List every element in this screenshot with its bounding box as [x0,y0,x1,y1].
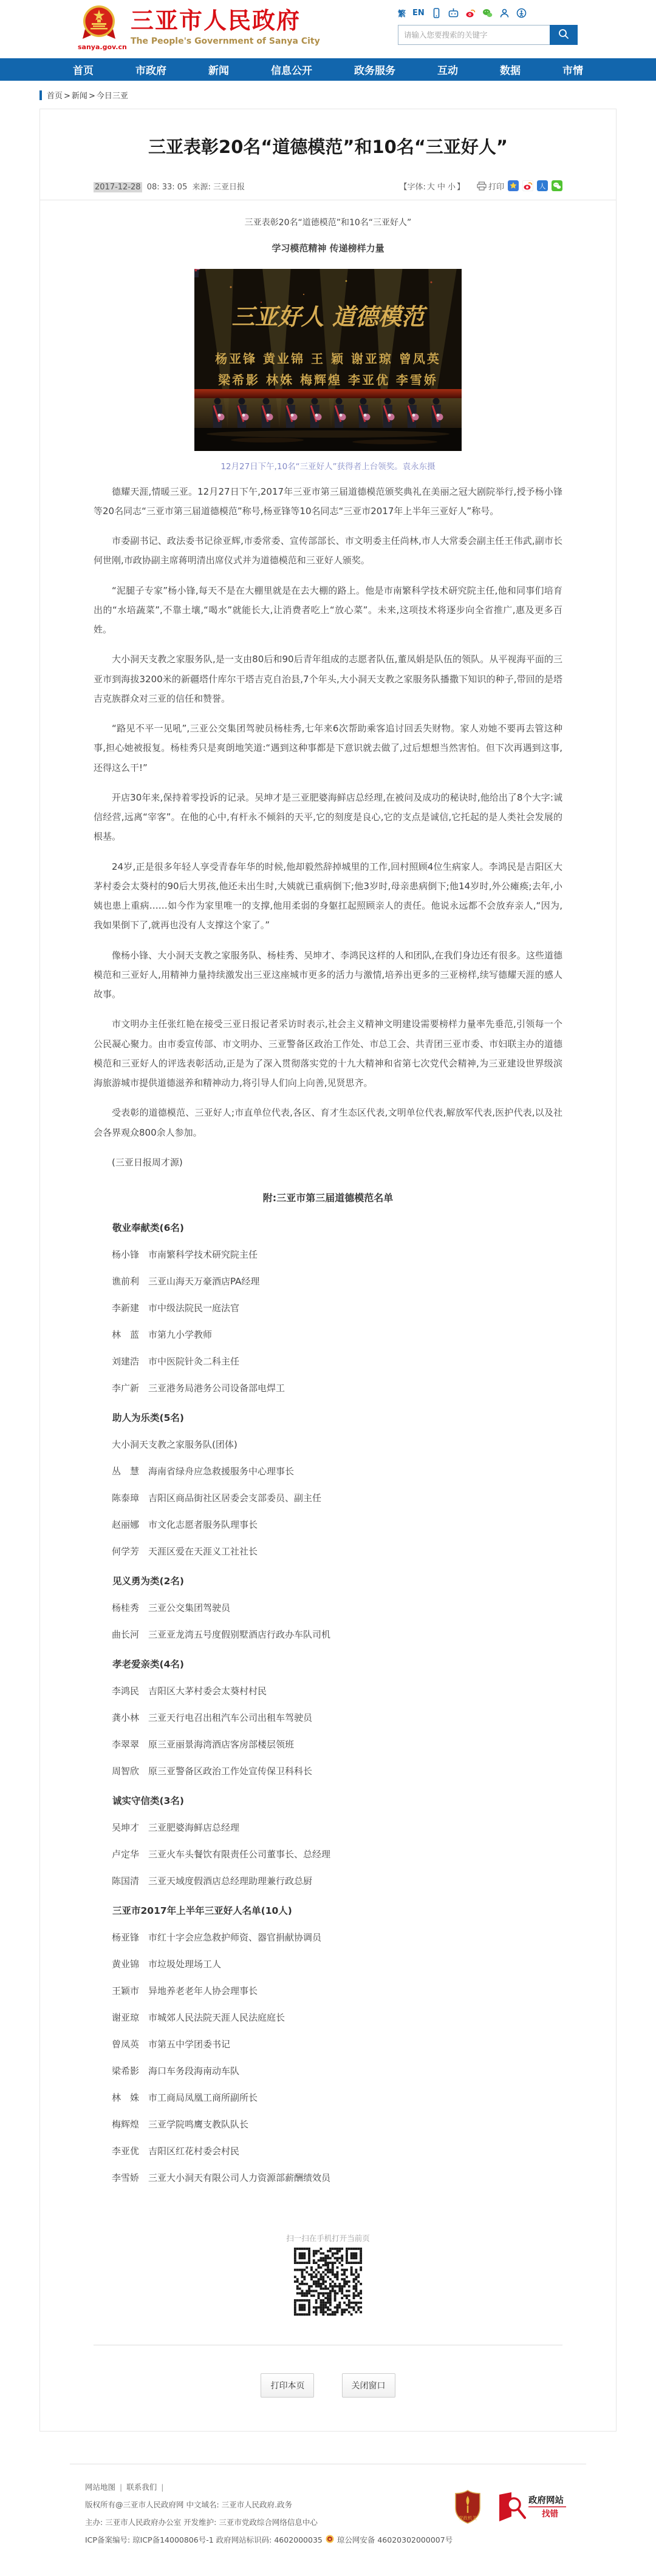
main-nav: 首页市政府新闻信息公开政务服务互动数据市情 [0,58,656,81]
award-entry: 王颖市 异地养老老年人协会理事长 [94,1984,562,1997]
article-paragraph: 大小洞天支教之家服务队,是一支由80后和90后青年组成的志愿者队伍,董凤娟是队伍… [94,649,562,708]
nav-item[interactable]: 市情 [562,62,583,77]
award-entry: 黄业锦 市垃圾处理场工人 [94,1957,562,1970]
svg-text:政府网站: 政府网站 [528,2495,564,2506]
lang-traditional-link[interactable]: 繁 [398,7,406,19]
print-page-button[interactable]: 打印本页 [261,2373,314,2398]
award-entry: 李雪娇 三亚大小洞天有限公司人力资源部薪酬绩效员 [94,2171,562,2184]
font-size-option[interactable]: 小 [448,183,456,192]
qr-code [293,2246,363,2317]
divider [94,2345,562,2345]
award-entry: 梅辉煌 三亚学院鸣鹰支教队队长 [94,2118,562,2130]
article-paragraph: 德耀天涯,情暖三亚。12月27日下午,2017年三亚市第三届道德模范颁奖典礼在美… [94,482,562,521]
qr-block: 扫一扫在手机打开当前页 [94,2232,562,2319]
user-icon[interactable] [499,8,510,18]
svg-text:人: 人 [539,183,546,191]
article-paragraph: 市文明办主任张红艳在接受三亚日报记者采访时表示,社会主义精神文明建设需要榜样力量… [94,1014,562,1093]
nav-item[interactable]: 信息公开 [271,62,312,77]
gov-site-find-error-badge[interactable]: 政府网站 找错 [497,2490,571,2526]
footer-organizer: 主办: 三亚市人民政府办公室 开发维护: 三亚市党政综合网络信息中心 [85,2517,453,2527]
breadcrumb-marker [39,90,42,100]
header-quick-links: 繁 EN [398,6,580,19]
footer-icp: ICP备案编号: 琼ICP备14000806号-1 政府网站标识码: 46020… [85,2534,323,2545]
award-section: 见义勇为类(2名) 杨桂秀 三亚公交集团驾驶员曲长河 三亚亚龙湾五号度假别墅酒店… [94,1574,562,1641]
award-entry: 卢定华 三亚火车头餐饮有限责任公司董事长、总经理 [94,1848,562,1860]
article-title: 三亚表彰20名“道德模范”和10名“三亚好人” [40,109,616,180]
award-category-heading: 三亚市2017年上半年三亚好人名单(10人) [94,1903,562,1917]
print-link[interactable]: 打印 [477,180,504,192]
qa-robot-icon[interactable] [448,8,459,18]
award-entry: 大小洞天支教之家服务队(团体) [94,1438,562,1451]
police-badge-icon [326,2535,334,2545]
font-size-option[interactable]: 大 [427,183,435,192]
search-bar [398,25,580,45]
nav-item[interactable]: 互动 [437,62,458,77]
site-domain: sanya.gov.cn [78,43,120,51]
publish-date: 2017-12-28 [94,182,142,192]
award-entry: 赵丽娜 市文化志愿者服务队理事长 [94,1518,562,1531]
footer-copyright: 版权所有@三亚市人民政府网 中文域名: 三亚市人民政府.政务 [85,2499,453,2510]
award-category-heading: 孝老爱亲类(4名) [94,1657,562,1670]
printer-icon [477,181,487,191]
search-button[interactable] [550,25,578,45]
award-entry: 李翠翠 原三亚丽景海湾酒店客房部楼层领班 [94,1738,562,1751]
police-record-link[interactable]: 琼公网安备 46020302000007号 [337,2534,453,2545]
award-entry: 曾凤英 市第五中学团委书记 [94,2038,562,2050]
footer-link[interactable]: 联系我们 [126,2483,168,2492]
bottom-buttons: 打印本页 关闭窗口 [94,2373,562,2398]
site-footer: 网站地图联系我们 版权所有@三亚市人民政府网 中文域名: 三亚市人民政府.政务 … [0,2464,656,2576]
close-window-button[interactable]: 关闭窗口 [342,2373,395,2398]
site-title-block: 三亚市人民政府 The People's Government of Sanya… [131,8,320,46]
article-paragraph: 市委副书记、政法委书记徐亚辉,市委常委、宣传部部长、市文明委主任尚林,市人大常委… [94,531,562,571]
font-label: 【字体: [400,183,426,192]
photo-banner-title: 三亚好人 道德模范 [231,303,428,330]
svg-text:找错: 找错 [542,2509,559,2519]
nav-item[interactable]: 首页 [73,62,94,77]
weibo-share-icon[interactable] [522,180,533,191]
nav-item[interactable]: 市政府 [135,62,166,77]
nav-item[interactable]: 新闻 [208,62,229,77]
article-paragraph: 24岁,正是很多年轻人享受青春年华的时候,他却毅然辞掉城里的工作,回村照顾4位生… [94,857,562,935]
article-paragraph: “泥腿子专家”杨小锋,每天不是在大棚里就是在去大棚的路上。他是市南繁科学技术研究… [94,581,562,640]
mobile-icon[interactable] [431,8,442,18]
award-entry: 梁希影 海口车务段海南动车队 [94,2064,562,2077]
site-subtitle: The People's Government of Sanya City [131,36,320,46]
award-entry: 杨桂秀 三亚公交集团驾驶员 [94,1601,562,1614]
award-category-heading: 见义勇为类(2名) [94,1574,562,1587]
weibo-icon[interactable] [465,8,476,18]
award-entry: 龚小林 三亚天行电召出租汽车公司出租车驾驶员 [94,1711,562,1724]
award-category-heading: 诚实守信类(3名) [94,1794,562,1807]
award-section: 三亚市2017年上半年三亚好人名单(10人) 杨亚锋 市红十字会应急救护师资、器… [94,1903,562,2184]
breadcrumb-link[interactable]: 首页 [47,92,63,101]
wechat-share-icon[interactable] [552,180,562,191]
award-entry: 陈泰璋 吉阳区商品街社区居委会支部委员、副主任 [94,1491,562,1504]
award-entry: 谢亚琼 市城郊人民法院天涯人民法庭庭长 [94,2011,562,2024]
wechat-icon[interactable] [482,8,493,18]
article-paragraph: 像杨小锋、大小洞天支教之家服务队、杨桂秀、吴坤才、李鸿民这样的人和团队,在我们身… [94,946,562,1005]
print-label: 打印 [488,180,504,192]
party-gov-shield-badge: 党政机关 [454,2490,481,2526]
award-entry: 李新建 市中级法院民一庭法官 [94,1301,562,1314]
award-entry: 曲长河 三亚亚龙湾五号度假别墅酒店行政办车队司机 [94,1628,562,1641]
font-size-control: 【字体:大中小】 [400,180,465,192]
award-entry: 谯前利 三亚山海天万豪酒店PA经理 [94,1275,562,1287]
award-section: 孝老爱亲类(4名) 李鸿民 吉阳区大茅村委会太葵村村民龚小林 三亚天行电召出租汽… [94,1657,562,1777]
accessibility-icon[interactable] [516,8,527,18]
article-photo: 三亚好人 道德模范 杨亚锋 黄业锦 王 颖 谢亚琼 曾凤英 梁希影 林姝 梅辉煌… [94,269,562,451]
award-entry: 林 蓝 市第九小学教师 [94,1328,562,1341]
award-entry: 林 姝 市工商局凤凰工商所副所长 [94,2091,562,2104]
national-emblem-icon [81,5,117,42]
favorite-share-icon[interactable] [508,180,519,191]
article-paragraph: “路见不平一见吼”,三亚公交集团驾驶员杨桂秀,七年来6次帮助乘客追讨回丢失财物。… [94,719,562,778]
photo-names-row2: 梁希影 林姝 梅辉煌 李亚优 李雪娇 [218,373,438,387]
award-category-heading: 敬业奉献类(6名) [94,1221,562,1234]
qr-hint: 扫一扫在手机打开当前页 [94,2232,562,2243]
article-subtitle: 三亚表彰20名“道德模范”和10名“三亚好人” [94,216,562,228]
article-byline: (三亚日报周才源) [94,1153,562,1172]
article-slogan: 学习模范精神 传递榜样力量 [94,242,562,254]
award-entry: 陈国清 三亚天域度假酒店总经理助理兼行政总厨 [94,1874,562,1887]
article-source: 来源: 三亚日报 [193,183,245,192]
footer-link[interactable]: 网站地图 [85,2483,126,2492]
award-entry: 丛 慧 海南省绿舟应急救援服务中心理事长 [94,1465,562,1477]
award-entry: 杨小锋 市南繁科学技术研究院主任 [94,1248,562,1261]
article-paragraph: 开店30年来,保持着零投诉的记录。吴坤才是三亚肥婆海鲜店总经理,在被问及成功的秘… [94,788,562,847]
award-category-heading: 助人为乐类(5名) [94,1411,562,1424]
award-entry: 吴坤才 三亚肥婆海鲜店总经理 [94,1821,562,1834]
article-paragraph: 受表彰的道德模范、三亚好人;市直单位代表,各区、育才生态区代表,文明单位代表,解… [94,1103,562,1142]
award-entry: 何学芳 天涯区爱在天涯义工社社长 [94,1545,562,1557]
photo-names-row1: 杨亚锋 黄业锦 王 颖 谢亚琼 曾凤英 [215,351,441,366]
award-section: 助人为乐类(5名) 大小洞天支教之家服务队(团体)丛 慧 海南省绿舟应急救援服务… [94,1411,562,1557]
award-entry: 李广新 三亚港务局港务公司设备部电焊工 [94,1381,562,1394]
font-size-option[interactable]: 中 [437,183,445,192]
award-entry: 杨亚锋 市红十字会应急救护师资、器官捐献协调员 [94,1931,562,1944]
site-title: 三亚市人民政府 [131,8,320,34]
nav-item[interactable]: 政务服务 [354,62,395,77]
breadcrumb-link[interactable]: 新闻 [63,92,87,101]
breadcrumb: 首页新闻今日三亚 [39,89,617,101]
award-section: 诚实守信类(3名) 吴坤才 三亚肥婆海鲜店总经理卢定华 三亚火车头餐饮有限责任公… [94,1794,562,1887]
site-logo[interactable]: sanya.gov.cn [78,5,120,51]
award-section: 敬业奉献类(6名) 杨小锋 市南繁科学技术研究院主任谯前利 三亚山海天万豪酒店P… [94,1221,562,1394]
award-entry: 刘建浩 市中医院针灸二科主任 [94,1355,562,1368]
article-container: 三亚表彰20名“道德模范”和10名“三亚好人” 2017-12-28 08: 3… [39,109,617,2432]
photo-caption: 12月27日下午,10名“三亚好人”获得者上台领奖。袁永东摄 [94,459,562,472]
publish-time: 08: 33: 05 [147,183,188,192]
svg-text:党政机关: 党政机关 [459,2515,477,2521]
renren-share-icon[interactable]: 人 [537,180,548,191]
award-entry: 周智欣 原三亚警备区政治工作处宣传保卫科科长 [94,1764,562,1777]
award-entry: 李亚优 吉阳区红花村委会村民 [94,2144,562,2157]
font-label-close: 】 [457,183,465,192]
search-input[interactable] [398,25,550,45]
breadcrumb-link[interactable]: 今日三亚 [87,92,128,101]
nav-item[interactable]: 数据 [500,62,521,77]
award-entry: 李鸿民 吉阳区大茅村委会太葵村村民 [94,1684,562,1697]
annex-title: 附:三亚市第三届道德模范名单 [94,1190,562,1204]
lang-en-link[interactable]: EN [412,8,425,18]
article-meta: 2017-12-28 08: 33: 05 来源: 三亚日报 【字体:大中小】 … [40,180,616,200]
site-header: sanya.gov.cn 三亚市人民政府 The People's Govern… [0,0,656,58]
